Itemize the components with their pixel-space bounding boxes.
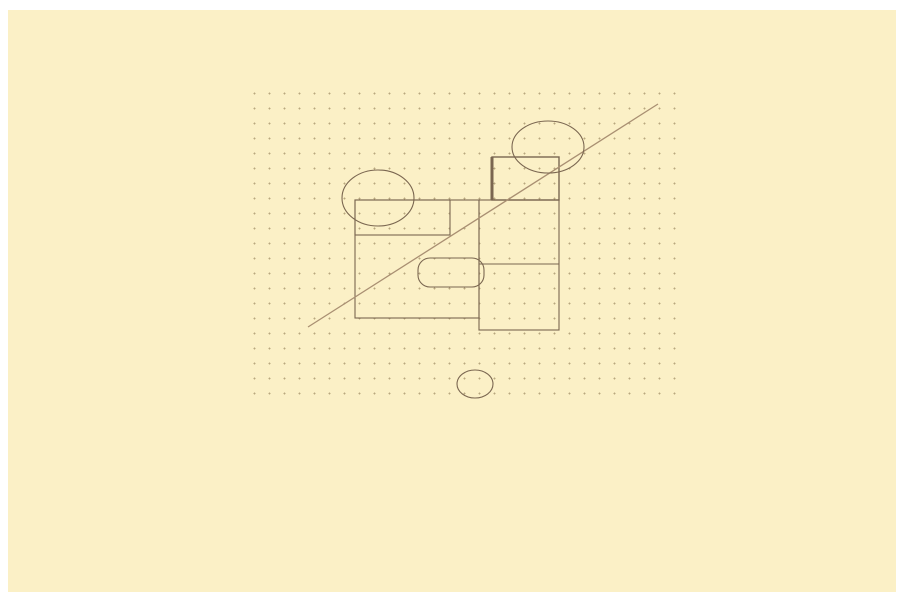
floor-plan-sketch: [243, 82, 676, 400]
sketch-drawing: [243, 82, 676, 400]
